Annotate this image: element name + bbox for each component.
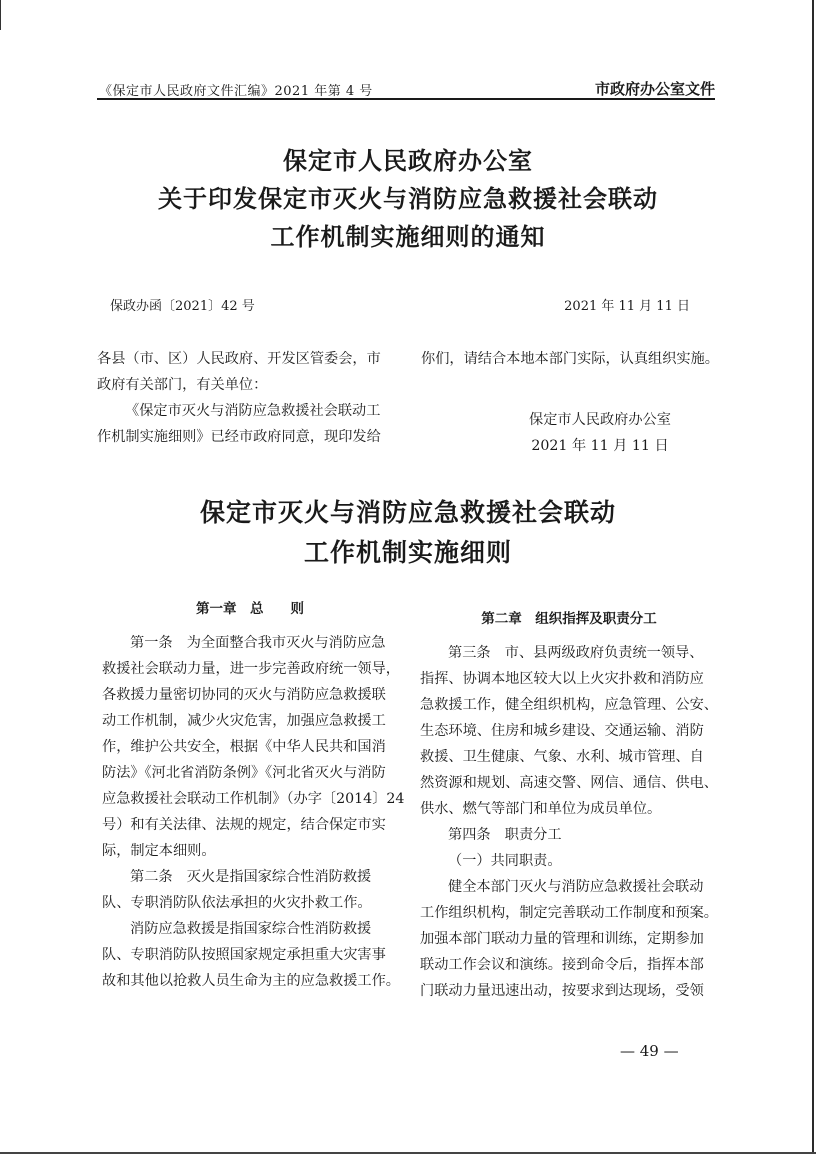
page-number: — 49 — [620, 1042, 679, 1060]
body-line: 第三条 市、县两级政府负责统一领导、 [420, 640, 718, 666]
signoff-date: 2021 年 11 月 11 日 [520, 433, 680, 459]
body-line: 门联动力量迅速出动，按要求到达现场，受领 [420, 978, 718, 1004]
body-line: 第二条 灭火是指国家综合性消防救援 [102, 864, 398, 890]
body-line: 各救援力量密切协同的灭火与消防应急救援联 [102, 682, 398, 708]
body-line: 指挥、协调本地区较大以上火灾扑救和消防应 [420, 666, 718, 692]
body-line: 队、专职消防队按照国家规定承担重大灾害事 [102, 942, 398, 968]
notice-title-line: 工作机制实施细则的通知 [0, 218, 816, 256]
signoff: 保定市人民政府办公室 2021 年 11 月 11 日 [520, 407, 680, 459]
document-date: 2021 年 11 月 11 日 [564, 295, 690, 314]
document-meta: 保政办函〔2021〕42 号 2021 年 11 月 11 日 [110, 295, 690, 315]
right-column: 第二章 组织指挥及职责分工 第三条 市、县两级政府负责统一领导、 指挥、协调本地… [420, 606, 718, 1004]
body-line: 作，维护公共安全，根据《中华人民共和国消 [102, 734, 398, 760]
notice-line: 《保定市灭火与消防应急救援社会联动工 [97, 398, 393, 424]
body-line: 然资源和规划、高速交警、网信、通信、供电、 [420, 770, 718, 796]
chapter-heading: 第一章 总 则 [102, 596, 398, 622]
body-line: 际，制定本细则。 [102, 838, 398, 864]
left-column: 第一章 总 则 第一条 为全面整合我市灭火与消防应急 救援社会联动力量，进一步完… [102, 596, 398, 994]
chapter-heading: 第二章 组织指挥及职责分工 [420, 606, 718, 632]
document-number: 保政办函〔2021〕42 号 [110, 295, 255, 314]
notice-line: 作机制实施细则》已经市政府同意，现印发给 [97, 424, 393, 450]
rules-title-line: 保定市灭火与消防应急救援社会联动 [0, 493, 816, 533]
notice-body-left: 各县（市、区）人民政府、开发区管委会，市 政府有关部门，有关单位： 《保定市灭火… [97, 346, 393, 450]
body-line: 急救援工作，健全组织机构，应急管理、公安、 [420, 692, 718, 718]
notice-line: 政府有关部门，有关单位： [97, 372, 393, 398]
body-line: 号）和有关法律、法规的规定，结合保定市实 [102, 812, 398, 838]
body-line: 队、专职消防队依法承担的火灾扑救工作。 [102, 890, 398, 916]
scan-edge-left [0, 0, 1, 30]
body-line: 救援社会联动力量，进一步完善政府统一领导， [102, 656, 398, 682]
body-line: 健全本部门灭火与消防应急救援社会联动 [420, 874, 718, 900]
notice-body-right: 你们，请结合本地本部门实际，认真组织实施。 [421, 346, 717, 372]
body-line: 加强本部门联动力量的管理和训练，定期参加 [420, 926, 718, 952]
body-line: 联动工作会议和演练。接到命令后，指挥本部 [420, 952, 718, 978]
body-line: 消防应急救援是指国家综合性消防救援 [102, 916, 398, 942]
rules-title: 保定市灭火与消防应急救援社会联动 工作机制实施细则 [0, 493, 816, 573]
body-line: 工作组织机构，制定完善联动工作制度和预案。 [420, 900, 718, 926]
body-line: 动工作机制，减少火灾危害，加强应急救援工 [102, 708, 398, 734]
publication-title: 《保定市人民政府文件汇编》2021 年第 4 号 [99, 80, 373, 99]
notice-line: 你们，请结合本地本部门实际，认真组织实施。 [421, 346, 717, 372]
notice-title: 保定市人民政府办公室 关于印发保定市灭火与消防应急救援社会联动 工作机制实施细则… [0, 142, 816, 256]
notice-line: 各县（市、区）人民政府、开发区管委会，市 [97, 346, 393, 372]
body-line: 防法》《河北省消防条例》《河北省灭火与消防 [102, 760, 398, 786]
section-label: 市政府办公室文件 [595, 78, 715, 99]
body-line: （一）共同职责。 [420, 848, 718, 874]
body-line: 故和其他以抢救人员生命为主的应急救援工作。 [102, 968, 398, 994]
body-line: 供水、燃气等部门和单位为成员单位。 [420, 796, 718, 822]
body-line: 应急救援社会联动工作机制》（办字〔2014〕24 [102, 786, 398, 812]
body-line: 生态环境、住房和城乡建设、交通运输、消防 [420, 718, 718, 744]
header-divider [97, 98, 715, 100]
notice-title-line: 保定市人民政府办公室 [0, 142, 816, 180]
notice-title-line: 关于印发保定市灭火与消防应急救援社会联动 [0, 180, 816, 218]
body-line: 第一条 为全面整合我市灭火与消防应急 [102, 630, 398, 656]
body-line: 救援、卫生健康、气象、水利、城市管理、自 [420, 744, 718, 770]
issuer-name: 保定市人民政府办公室 [520, 407, 680, 433]
rules-title-line: 工作机制实施细则 [0, 533, 816, 573]
body-line: 第四条 职责分工 [420, 822, 718, 848]
running-header: 《保定市人民政府文件汇编》2021 年第 4 号 市政府办公室文件 [97, 78, 715, 100]
